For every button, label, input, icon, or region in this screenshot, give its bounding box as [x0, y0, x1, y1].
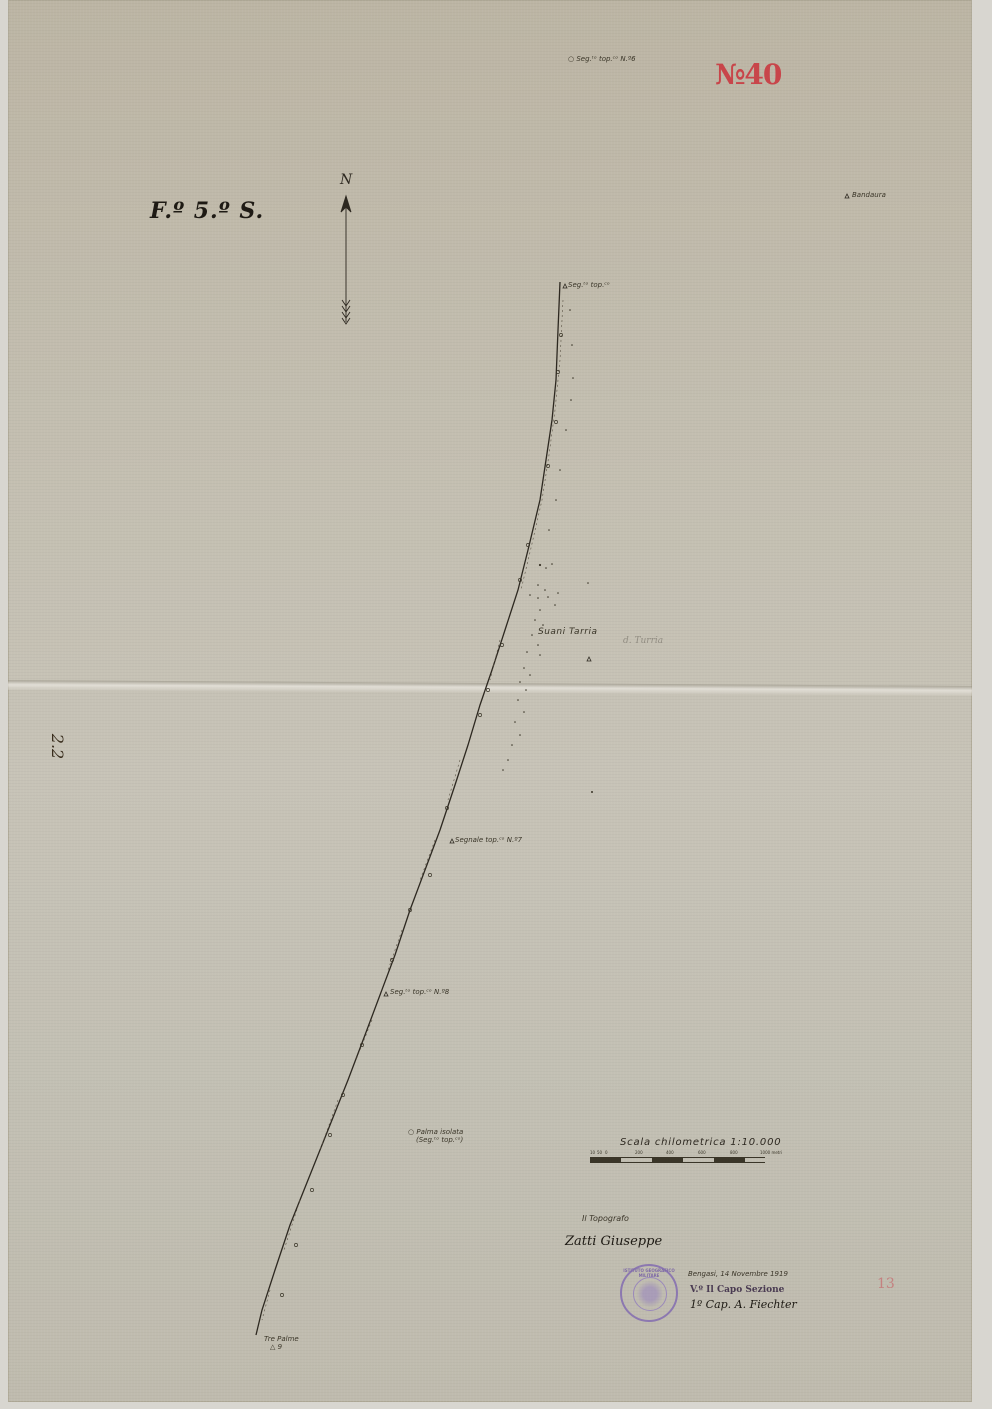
place-suani-tarria: Suani Tarria [538, 627, 597, 637]
shore-hatching [262, 300, 563, 1320]
margin-note: 2.2 [48, 734, 67, 759]
triangle-marker-icon: △ 9 [270, 1343, 299, 1351]
approval-line: V.º Il Capo Sezione [690, 1285, 784, 1295]
place-segnale-7: Segnale top.ᶜᵒ N.º7 [455, 836, 522, 844]
north-arrow [341, 196, 351, 324]
place-tre-palme: Tre Palme △ 9 [264, 1335, 299, 1351]
survey-triangles [384, 194, 849, 996]
crest-icon [633, 1277, 667, 1311]
circle-marker-icon: ○ [568, 55, 574, 63]
pencil-note: d. Turria [623, 636, 663, 646]
place-seg-top-8: Seg.ᵗᵒ top.ᶜᵒ N.º8 [390, 988, 449, 996]
place-palma-isolata: ○ Palma isolata (Seg.ᵗᵒ top.ᶜᵒ) [408, 1128, 463, 1144]
institute-seal: ISTITUTO GEOGRAFICO MILITARE [620, 1264, 678, 1322]
topographer-signature: Zatti Giuseppe [565, 1234, 662, 1249]
catalog-stamp: №40 [715, 58, 781, 91]
palm-grove-dots [502, 309, 593, 793]
date-line: Bengasi, 14 Novembre 1919 [688, 1270, 788, 1278]
chief-signature: 1º Cap. A. Fiechter [690, 1298, 797, 1311]
map-drawing [0, 0, 992, 1409]
circle-marker-icon: ○ [408, 1128, 414, 1136]
scale-bar [590, 1157, 765, 1163]
scale-title: Scala chilometrica 1:10.000 [620, 1137, 781, 1148]
topographer-label: Il Topografo [582, 1214, 629, 1223]
coastline [256, 282, 560, 1335]
place-bandaura: Bandaura [852, 191, 886, 199]
place-seg-top-6: ○ Seg.ᵗᵒ top.ᶜᵒ N.º6 [568, 55, 636, 63]
north-label: N [340, 172, 352, 188]
red-mark: 13 [877, 1276, 895, 1292]
well-markers [280, 333, 562, 1296]
place-seg-top-coast: Seg.ᵗᵒ top.ᶜᵒ [568, 281, 610, 289]
sheet-title: F.º 5.º S. [150, 198, 264, 224]
